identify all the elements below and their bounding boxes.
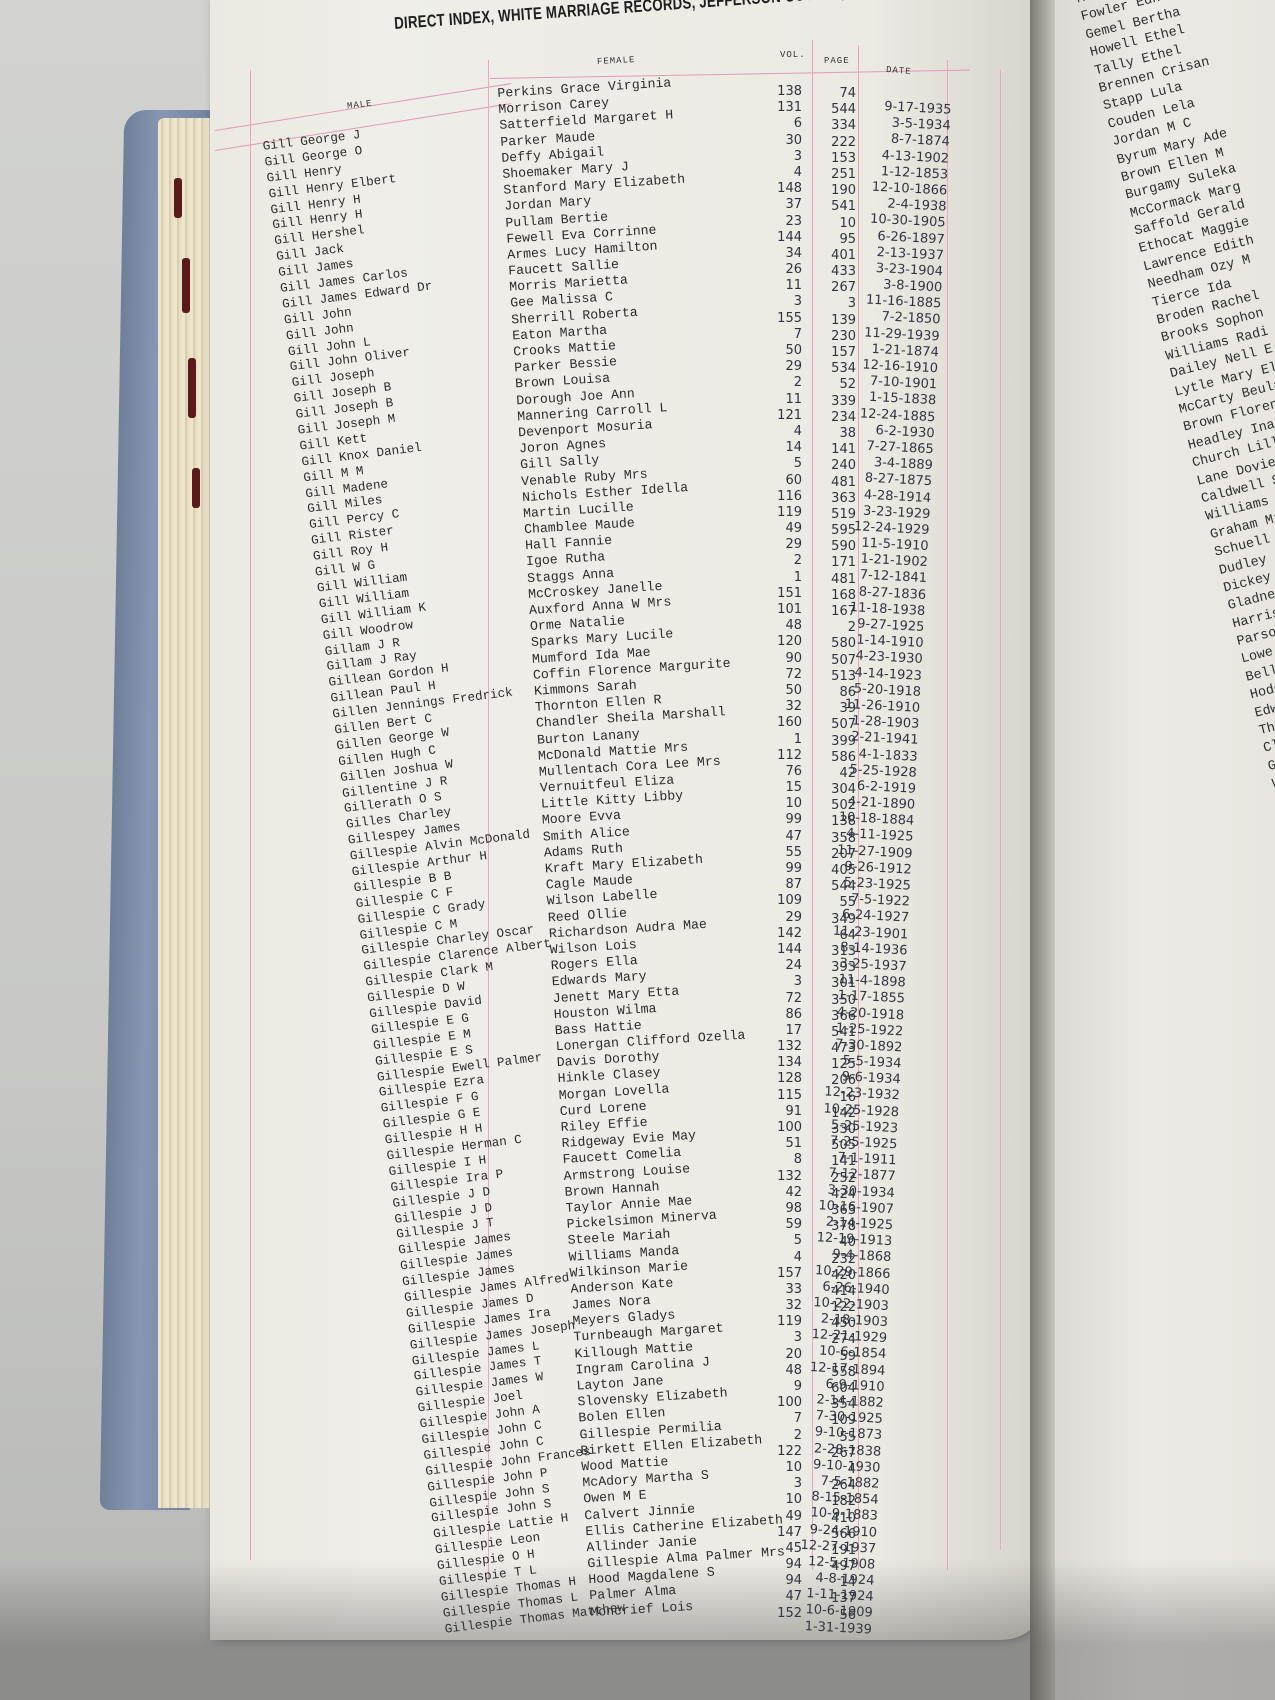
volume-entry: 11 — [760, 392, 802, 408]
volume-entry: 151 — [760, 586, 802, 602]
volume-entry: 2 — [760, 375, 802, 391]
volume-entry: 148 — [760, 181, 802, 197]
volume-entry: 3 — [760, 294, 802, 310]
volume-entry: 119 — [760, 505, 802, 521]
volume-entry: 98 — [760, 1201, 802, 1217]
volume-entry: 29 — [760, 537, 802, 553]
volume-entry: 42 — [760, 1185, 802, 1201]
header-page: PAGE — [824, 56, 850, 66]
volume-entry: 33 — [760, 1282, 802, 1298]
volume-entry: 50 — [760, 683, 802, 699]
volume-entry: 5 — [760, 1233, 802, 1249]
volume-entry: 26 — [760, 262, 802, 278]
volume-entry: 4 — [760, 165, 802, 181]
volume-entry: 59 — [760, 1217, 802, 1233]
volume-entry: 50 — [760, 343, 802, 359]
volume-entry: 155 — [760, 311, 802, 327]
column-rule — [947, 60, 948, 1570]
column-rule — [250, 70, 251, 1560]
volume-entry: 30 — [760, 133, 802, 149]
volume-entry: 132 — [760, 1169, 802, 1185]
volume-entry: 99 — [760, 812, 802, 828]
volume-entry: 115 — [760, 1088, 802, 1104]
volume-entry: 55 — [760, 845, 802, 861]
volume-entry: 112 — [760, 748, 802, 764]
page-number-entry: 251 — [818, 167, 856, 183]
volume-entry: 72 — [760, 667, 802, 683]
column-rule — [1000, 70, 1001, 1550]
page-number-entry: 541 — [818, 199, 856, 215]
header-vol: VOL. — [780, 50, 806, 60]
volume-entry: 10 — [760, 796, 802, 812]
header-date: DATE — [886, 65, 912, 77]
volume-entry: 157 — [760, 1266, 802, 1282]
page-number-entry: 190 — [818, 183, 856, 199]
volume-entry: 34 — [760, 246, 802, 262]
volume-entry: 23 — [760, 214, 802, 230]
handwritten-edge-mark — [192, 468, 200, 508]
volume-entry: 101 — [760, 602, 802, 618]
volume-entry: 5 — [760, 456, 802, 472]
handwritten-edge-mark — [188, 358, 196, 418]
volume-entry: 160 — [760, 715, 802, 731]
page-number-entry: 401 — [818, 248, 856, 264]
volume-entry: 90 — [760, 651, 802, 667]
volume-entry: 120 — [760, 634, 802, 650]
page-number-entry: 544 — [818, 102, 856, 118]
volume-entry: 128 — [760, 1071, 802, 1087]
volume-entry: 7 — [760, 327, 802, 343]
page-number-entry: 334 — [818, 118, 856, 134]
volume-entry: 11 — [760, 278, 802, 294]
page-number-entry: 74 — [818, 86, 856, 102]
volume-entry: 131 — [760, 100, 802, 116]
volume-entry: 29 — [760, 359, 802, 375]
table-shadow — [0, 1560, 1275, 1700]
volume-entry: 3 — [760, 974, 802, 990]
volume-entry: 8 — [760, 1152, 802, 1168]
volume-entry: 4 — [760, 1250, 802, 1266]
page-number-entry: 95 — [818, 232, 856, 248]
volume-entry: 119 — [760, 1314, 802, 1330]
volume-entry: 37 — [760, 197, 802, 213]
volume-entry: 116 — [760, 489, 802, 505]
volume-entry: 47 — [760, 829, 802, 845]
volume-entry: 1 — [760, 570, 802, 586]
page-number-entry: 433 — [818, 264, 856, 280]
volume-entry: 100 — [760, 1120, 802, 1136]
volume-entry: 29 — [760, 910, 802, 926]
handwritten-edge-mark — [174, 178, 182, 218]
volume-entry: 121 — [760, 408, 802, 424]
volume-entry: 2 — [760, 553, 802, 569]
volume-entry: 15 — [760, 780, 802, 796]
volume-entry: 48 — [760, 618, 802, 634]
volume-entry: 142 — [760, 926, 802, 942]
volume-entry: 138 — [760, 84, 802, 100]
volume-entry: 6 — [760, 116, 802, 132]
handwritten-edge-mark — [182, 258, 190, 313]
volume-entry: 17 — [760, 1023, 802, 1039]
volume-entry: 3 — [760, 149, 802, 165]
page-number-entry: 222 — [818, 135, 856, 151]
page-number-entry: 267 — [818, 280, 856, 296]
volume-entry: 87 — [760, 877, 802, 893]
volume-entry: 32 — [760, 1298, 802, 1314]
volume-entry: 134 — [760, 1055, 802, 1071]
volume-entry: 14 — [760, 440, 802, 456]
volume-entry: 60 — [760, 473, 802, 489]
volume-entry: 76 — [760, 764, 802, 780]
volume-entry: 49 — [760, 521, 802, 537]
volume-entry: 99 — [760, 861, 802, 877]
volume-entry: 132 — [760, 1039, 802, 1055]
volume-entry: 91 — [760, 1104, 802, 1120]
volume-entry: 144 — [760, 230, 802, 246]
page-number-entry: 153 — [818, 151, 856, 167]
volume-entry: 32 — [760, 699, 802, 715]
volume-entry: 86 — [760, 1007, 802, 1023]
volume-entry: 109 — [760, 893, 802, 909]
volume-entry: 24 — [760, 958, 802, 974]
volume-entry: 72 — [760, 991, 802, 1007]
page-number-entry: 10 — [818, 216, 856, 232]
volume-entry: 4 — [760, 424, 802, 440]
header-female: FEMALE — [597, 55, 636, 67]
volume-entry: 1 — [760, 732, 802, 748]
volume-entry: 51 — [760, 1136, 802, 1152]
volume-entry: 144 — [760, 942, 802, 958]
